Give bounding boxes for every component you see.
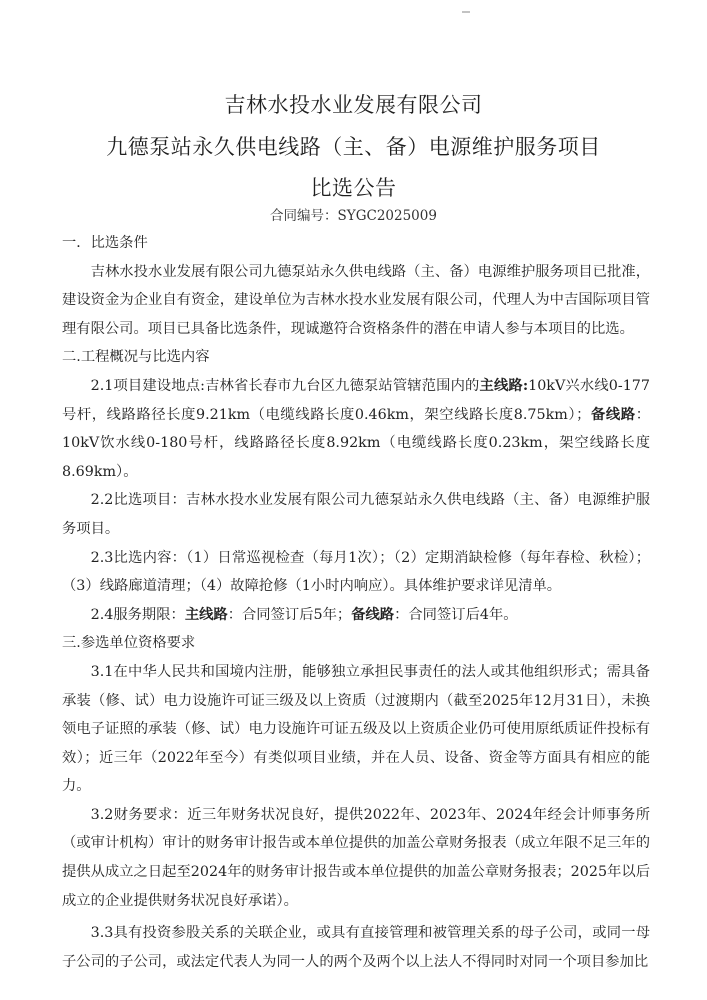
backup-line-label: 备线路: [590, 407, 635, 423]
section-heading-2: 二.工程概况与比选内容: [62, 343, 650, 372]
company-title: 吉林水投水业发展有限公司: [0, 89, 707, 119]
announcement-title: 比选公告: [0, 172, 707, 202]
main-line-label: 主线路:: [480, 378, 529, 394]
paragraph-1: 吉林水投水业发展有限公司九德泵站永久供电线路（主、备）电源维护服务项目已批准，建…: [62, 258, 650, 344]
paragraph-3-2: 3.2财务要求：近三年财务状况良好，提供2022年、2023年、2024年经会计…: [62, 801, 650, 915]
text-segment: ：合同签订后5年；: [228, 607, 351, 623]
paragraph-2-1: 2.1项目建设地点:吉林省长春市九台区九德泵站管辖范围内的主线路:10kV兴水线…: [62, 372, 650, 486]
paragraph-3-1: 3.1在中华人民共和国境内注册，能够独立承担民事责任的法人或其他组织形式；需具备…: [62, 658, 650, 801]
paragraph-3-3: 3.3具有投资参股关系的关联企业，或具有直接管理和被管理关系的母子公司，或同一母…: [62, 919, 650, 976]
project-title: 九德泵站永久供电线路（主、备）电源维护服务项目: [0, 131, 707, 161]
paragraph-2-3: 2.3比选内容：（1）日常巡视检查（每月1次）；（2）定期消缺检修（每年春检、秋…: [62, 544, 650, 601]
text-segment: 2.4服务期限：: [91, 607, 185, 623]
contract-number: 合同编号：SYGC2025009: [0, 204, 707, 224]
text-segment: 2.1项目建设地点:吉林省长春市九台区九德泵站管辖范围内的: [91, 378, 480, 394]
document-body: 一．比选条件 吉林水投水业发展有限公司九德泵站永久供电线路（主、备）电源维护服务…: [62, 229, 650, 976]
paragraph-2-4: 2.4服务期限：主线路：合同签订后5年；备线路：合同签订后4年。: [62, 601, 650, 630]
backup-line-label: 备线路: [351, 607, 394, 623]
scan-artifact-mark: [462, 11, 470, 13]
main-line-label: 主线路: [185, 607, 228, 623]
document-page: 吉林水投水业发展有限公司 九德泵站永久供电线路（主、备）电源维护服务项目 比选公…: [0, 0, 707, 1000]
section-heading-1: 一．比选条件: [62, 229, 650, 258]
section-heading-3: 三.参选单位资格要求: [62, 629, 650, 658]
text-segment: ：合同签订后4年。: [394, 607, 517, 623]
paragraph-2-2: 2.2比选项目：吉林水投水业发展有限公司九德泵站永久供电线路（主、备）电源维护服…: [62, 486, 650, 543]
